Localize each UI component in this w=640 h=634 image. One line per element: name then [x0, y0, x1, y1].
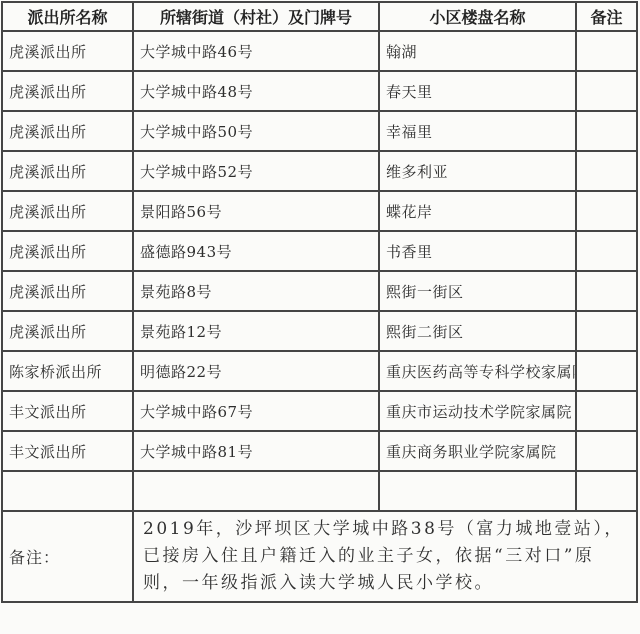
cell-community: 翰湖 — [379, 31, 576, 71]
cell-community: 幸福里 — [379, 111, 576, 151]
cell-station: 虎溪派出所 — [2, 191, 133, 231]
cell-address: 景苑路12号 — [133, 311, 379, 351]
cell-note — [576, 31, 637, 71]
cell-station: 丰文派出所 — [2, 391, 133, 431]
cell-note — [576, 351, 637, 391]
cell-address: 大学城中路81号 — [133, 431, 379, 471]
cell-note — [576, 111, 637, 151]
header-remarks: 备注 — [576, 2, 637, 31]
scanned-document-page: 派出所名称 所辖街道（村社）及门牌号 小区楼盘名称 备注 虎溪派出所大学城中路4… — [0, 0, 640, 634]
cell-address: 景阳路56号 — [133, 191, 379, 231]
cell-community: 重庆市运动技术学院家属院 — [379, 391, 576, 431]
header-street-address: 所辖街道（村社）及门牌号 — [133, 2, 379, 31]
cell-address: 大学城中路46号 — [133, 31, 379, 71]
cell-community — [379, 471, 576, 511]
cell-note — [576, 431, 637, 471]
cell-note — [576, 71, 637, 111]
cell-address: 大学城中路52号 — [133, 151, 379, 191]
table-row: 陈家桥派出所明德路22号重庆医药高等专科学校家属院 — [2, 351, 637, 391]
cell-address: 盛德路943号 — [133, 231, 379, 271]
cell-note — [576, 471, 637, 511]
cell-community: 维多利亚 — [379, 151, 576, 191]
cell-address: 明德路22号 — [133, 351, 379, 391]
cell-station: 虎溪派出所 — [2, 111, 133, 151]
table-row: 丰文派出所大学城中路81号重庆商务职业学院家属院 — [2, 431, 637, 471]
header-community: 小区楼盘名称 — [379, 2, 576, 31]
school-district-table: 派出所名称 所辖街道（村社）及门牌号 小区楼盘名称 备注 虎溪派出所大学城中路4… — [1, 1, 638, 603]
cell-station: 虎溪派出所 — [2, 71, 133, 111]
cell-station: 虎溪派出所 — [2, 31, 133, 71]
remarks-text: 2019年，沙坪坝区大学城中路38号（富力城地壹站），已接房入住且户籍迁入的业主… — [133, 511, 637, 602]
cell-address: 大学城中路50号 — [133, 111, 379, 151]
cell-community: 重庆医药高等专科学校家属院 — [379, 351, 576, 391]
cell-note — [576, 151, 637, 191]
cell-address: 大学城中路67号 — [133, 391, 379, 431]
cell-address: 大学城中路48号 — [133, 71, 379, 111]
cell-address — [133, 471, 379, 511]
cell-community: 熙街二街区 — [379, 311, 576, 351]
cell-note — [576, 231, 637, 271]
table-row: 虎溪派出所大学城中路52号维多利亚 — [2, 151, 637, 191]
table-row: 虎溪派出所大学城中路48号春天里 — [2, 71, 637, 111]
cell-community: 蝶花岸 — [379, 191, 576, 231]
table-row: 虎溪派出所景苑路8号熙街一街区 — [2, 271, 637, 311]
cell-station: 丰文派出所 — [2, 431, 133, 471]
table-row: 虎溪派出所景苑路12号熙街二街区 — [2, 311, 637, 351]
cell-station: 虎溪派出所 — [2, 271, 133, 311]
table-row: 丰文派出所大学城中路67号重庆市运动技术学院家属院 — [2, 391, 637, 431]
cell-station — [2, 471, 133, 511]
table-body: 虎溪派出所大学城中路46号翰湖虎溪派出所大学城中路48号春天里虎溪派出所大学城中… — [2, 31, 637, 511]
table-row: 虎溪派出所盛德路943号书香里 — [2, 231, 637, 271]
cell-note — [576, 391, 637, 431]
cell-station: 虎溪派出所 — [2, 151, 133, 191]
table-footer: 备注： 2019年，沙坪坝区大学城中路38号（富力城地壹站），已接房入住且户籍迁… — [2, 511, 637, 602]
cell-station: 虎溪派出所 — [2, 311, 133, 351]
table-row: 虎溪派出所景阳路56号蝶花岸 — [2, 191, 637, 231]
table-row: 虎溪派出所大学城中路46号翰湖 — [2, 31, 637, 71]
cell-community: 书香里 — [379, 231, 576, 271]
remarks-row: 备注： 2019年，沙坪坝区大学城中路38号（富力城地壹站），已接房入住且户籍迁… — [2, 511, 637, 602]
cell-station: 陈家桥派出所 — [2, 351, 133, 391]
cell-community: 重庆商务职业学院家属院 — [379, 431, 576, 471]
remarks-label: 备注： — [2, 511, 133, 602]
header-row: 派出所名称 所辖街道（村社）及门牌号 小区楼盘名称 备注 — [2, 2, 637, 31]
table-row — [2, 471, 637, 511]
cell-community: 熙街一街区 — [379, 271, 576, 311]
cell-address: 景苑路8号 — [133, 271, 379, 311]
table-header: 派出所名称 所辖街道（村社）及门牌号 小区楼盘名称 备注 — [2, 2, 637, 31]
header-station: 派出所名称 — [2, 2, 133, 31]
cell-note — [576, 311, 637, 351]
table-row: 虎溪派出所大学城中路50号幸福里 — [2, 111, 637, 151]
cell-station: 虎溪派出所 — [2, 231, 133, 271]
cell-community: 春天里 — [379, 71, 576, 111]
cell-note — [576, 191, 637, 231]
cell-note — [576, 271, 637, 311]
